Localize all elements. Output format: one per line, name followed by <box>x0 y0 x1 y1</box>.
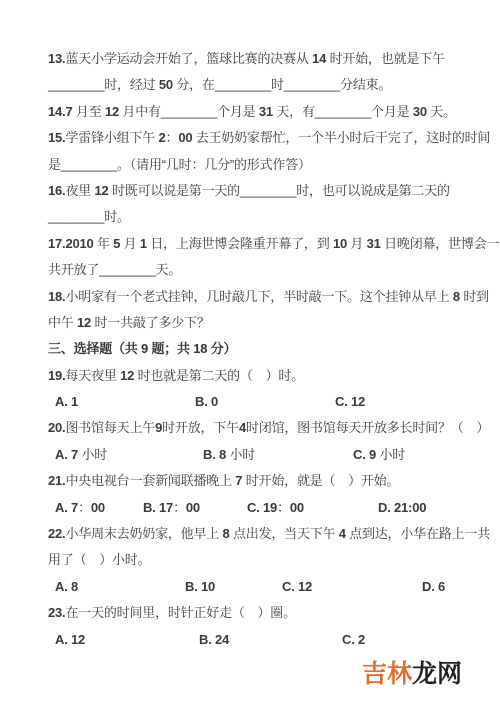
question-17-line-2: 共开放了________天。 <box>48 257 500 283</box>
question-23-option-c: C. 2 <box>342 627 365 653</box>
question-17-line-1: 17.2010 年 5 月 1 日，上海世博会隆重开幕了，到 10 月 31 日… <box>48 231 500 257</box>
question-18-line-1: 18.小明家有一个老式挂钟，几时敲几下，半时敲一下。这个挂钟从早上 8 时到 <box>48 284 500 310</box>
question-19-option-c: C. 12 <box>335 389 365 415</box>
question-21-options: A. 7：00 B. 17：00 C. 19：00 D. 21:00 <box>48 495 500 521</box>
question-20-option-b: B. 8 小时 <box>203 442 353 468</box>
question-23-option-b: B. 24 <box>199 627 342 653</box>
question-22-option-b: B. 10 <box>185 574 282 600</box>
section-header-multiple-choice: 三、选择题（共 9 题；共 18 分） <box>48 336 500 362</box>
site-watermark-part-2: 龙网 <box>412 660 462 688</box>
question-20-option-a: A. 7 小时 <box>55 442 203 468</box>
question-23-option-a: A. 12 <box>55 627 199 653</box>
question-22-option-a: A. 8 <box>55 574 185 600</box>
question-23-options: A. 12 B. 24 C. 2 <box>48 627 500 653</box>
question-18-line-2: 中午 12 时一共敲了多少下？ <box>48 310 500 336</box>
question-19-option-b: B. 0 <box>195 389 335 415</box>
question-15-line-1: 15.学雷锋小组下午 2：00 去王奶奶家帮忙，一个半小时后干完了，这时的时间 <box>48 125 500 151</box>
question-22-options: A. 8 B. 10 C. 12 D. 6 <box>48 574 500 600</box>
worksheet-content: 13.蓝天小学运动会开始了，篮球比赛的决赛从 14 时开始，也就是下午 ____… <box>48 46 500 653</box>
question-19-stem: 19.每天夜里 12 时也就是第二天的（ ）时。 <box>48 363 500 389</box>
question-23-stem: 23.在一天的时间里，时针正好走（ ）圈。 <box>48 600 500 626</box>
question-22-stem-line-2: 用了（ ）小时。 <box>48 547 500 573</box>
question-19-options: A. 1 B. 0 C. 12 <box>48 389 500 415</box>
question-20-option-c: C. 9 小时 <box>353 442 405 468</box>
question-16-line-2: ________时。 <box>48 204 500 230</box>
question-21-stem: 21.中央电视台一套新闻联播晚上 7 时开始，就是（ ）开始。 <box>48 468 500 494</box>
question-21-option-d: D. 21:00 <box>378 495 426 521</box>
question-13-line-2: ________时，经过 50 分，在________时________分结束。 <box>48 72 500 98</box>
question-21-option-c: C. 19：00 <box>247 495 378 521</box>
question-21-option-a: A. 7：00 <box>55 495 143 521</box>
site-watermark: 吉林龙网 <box>362 654 462 690</box>
worksheet-page: 13.蓝天小学运动会开始了，篮球比赛的决赛从 14 时开始，也就是下午 ____… <box>0 0 500 707</box>
question-22-option-c: C. 12 <box>282 574 422 600</box>
question-16-line-1: 16.夜里 12 时既可以说是第一天的________时，也可以说成是第二天的 <box>48 178 500 204</box>
question-20-options: A. 7 小时 B. 8 小时 C. 9 小时 <box>48 442 500 468</box>
question-20-stem: 20.图书馆每天上午9时开放，下午4时闭馆，图书馆每天开放多长时间？（ ） <box>48 415 500 441</box>
question-21-option-b: B. 17：00 <box>143 495 247 521</box>
question-22-stem-line-1: 22.小华周末去奶奶家，他早上 8 点出发，当天下午 4 点到达，小华在路上一共 <box>48 521 500 547</box>
site-watermark-part-1: 吉林 <box>362 660 412 688</box>
question-15-line-2: 是________。（请用“几时：几分”的形式作答） <box>48 152 500 178</box>
question-19-option-a: A. 1 <box>55 389 195 415</box>
question-22-option-d: D. 6 <box>422 574 445 600</box>
question-13-line-1: 13.蓝天小学运动会开始了，篮球比赛的决赛从 14 时开始，也就是下午 <box>48 46 500 72</box>
question-14-line-1: 14.7 月至 12 月中有________个月是 31 天，有________… <box>48 99 500 125</box>
